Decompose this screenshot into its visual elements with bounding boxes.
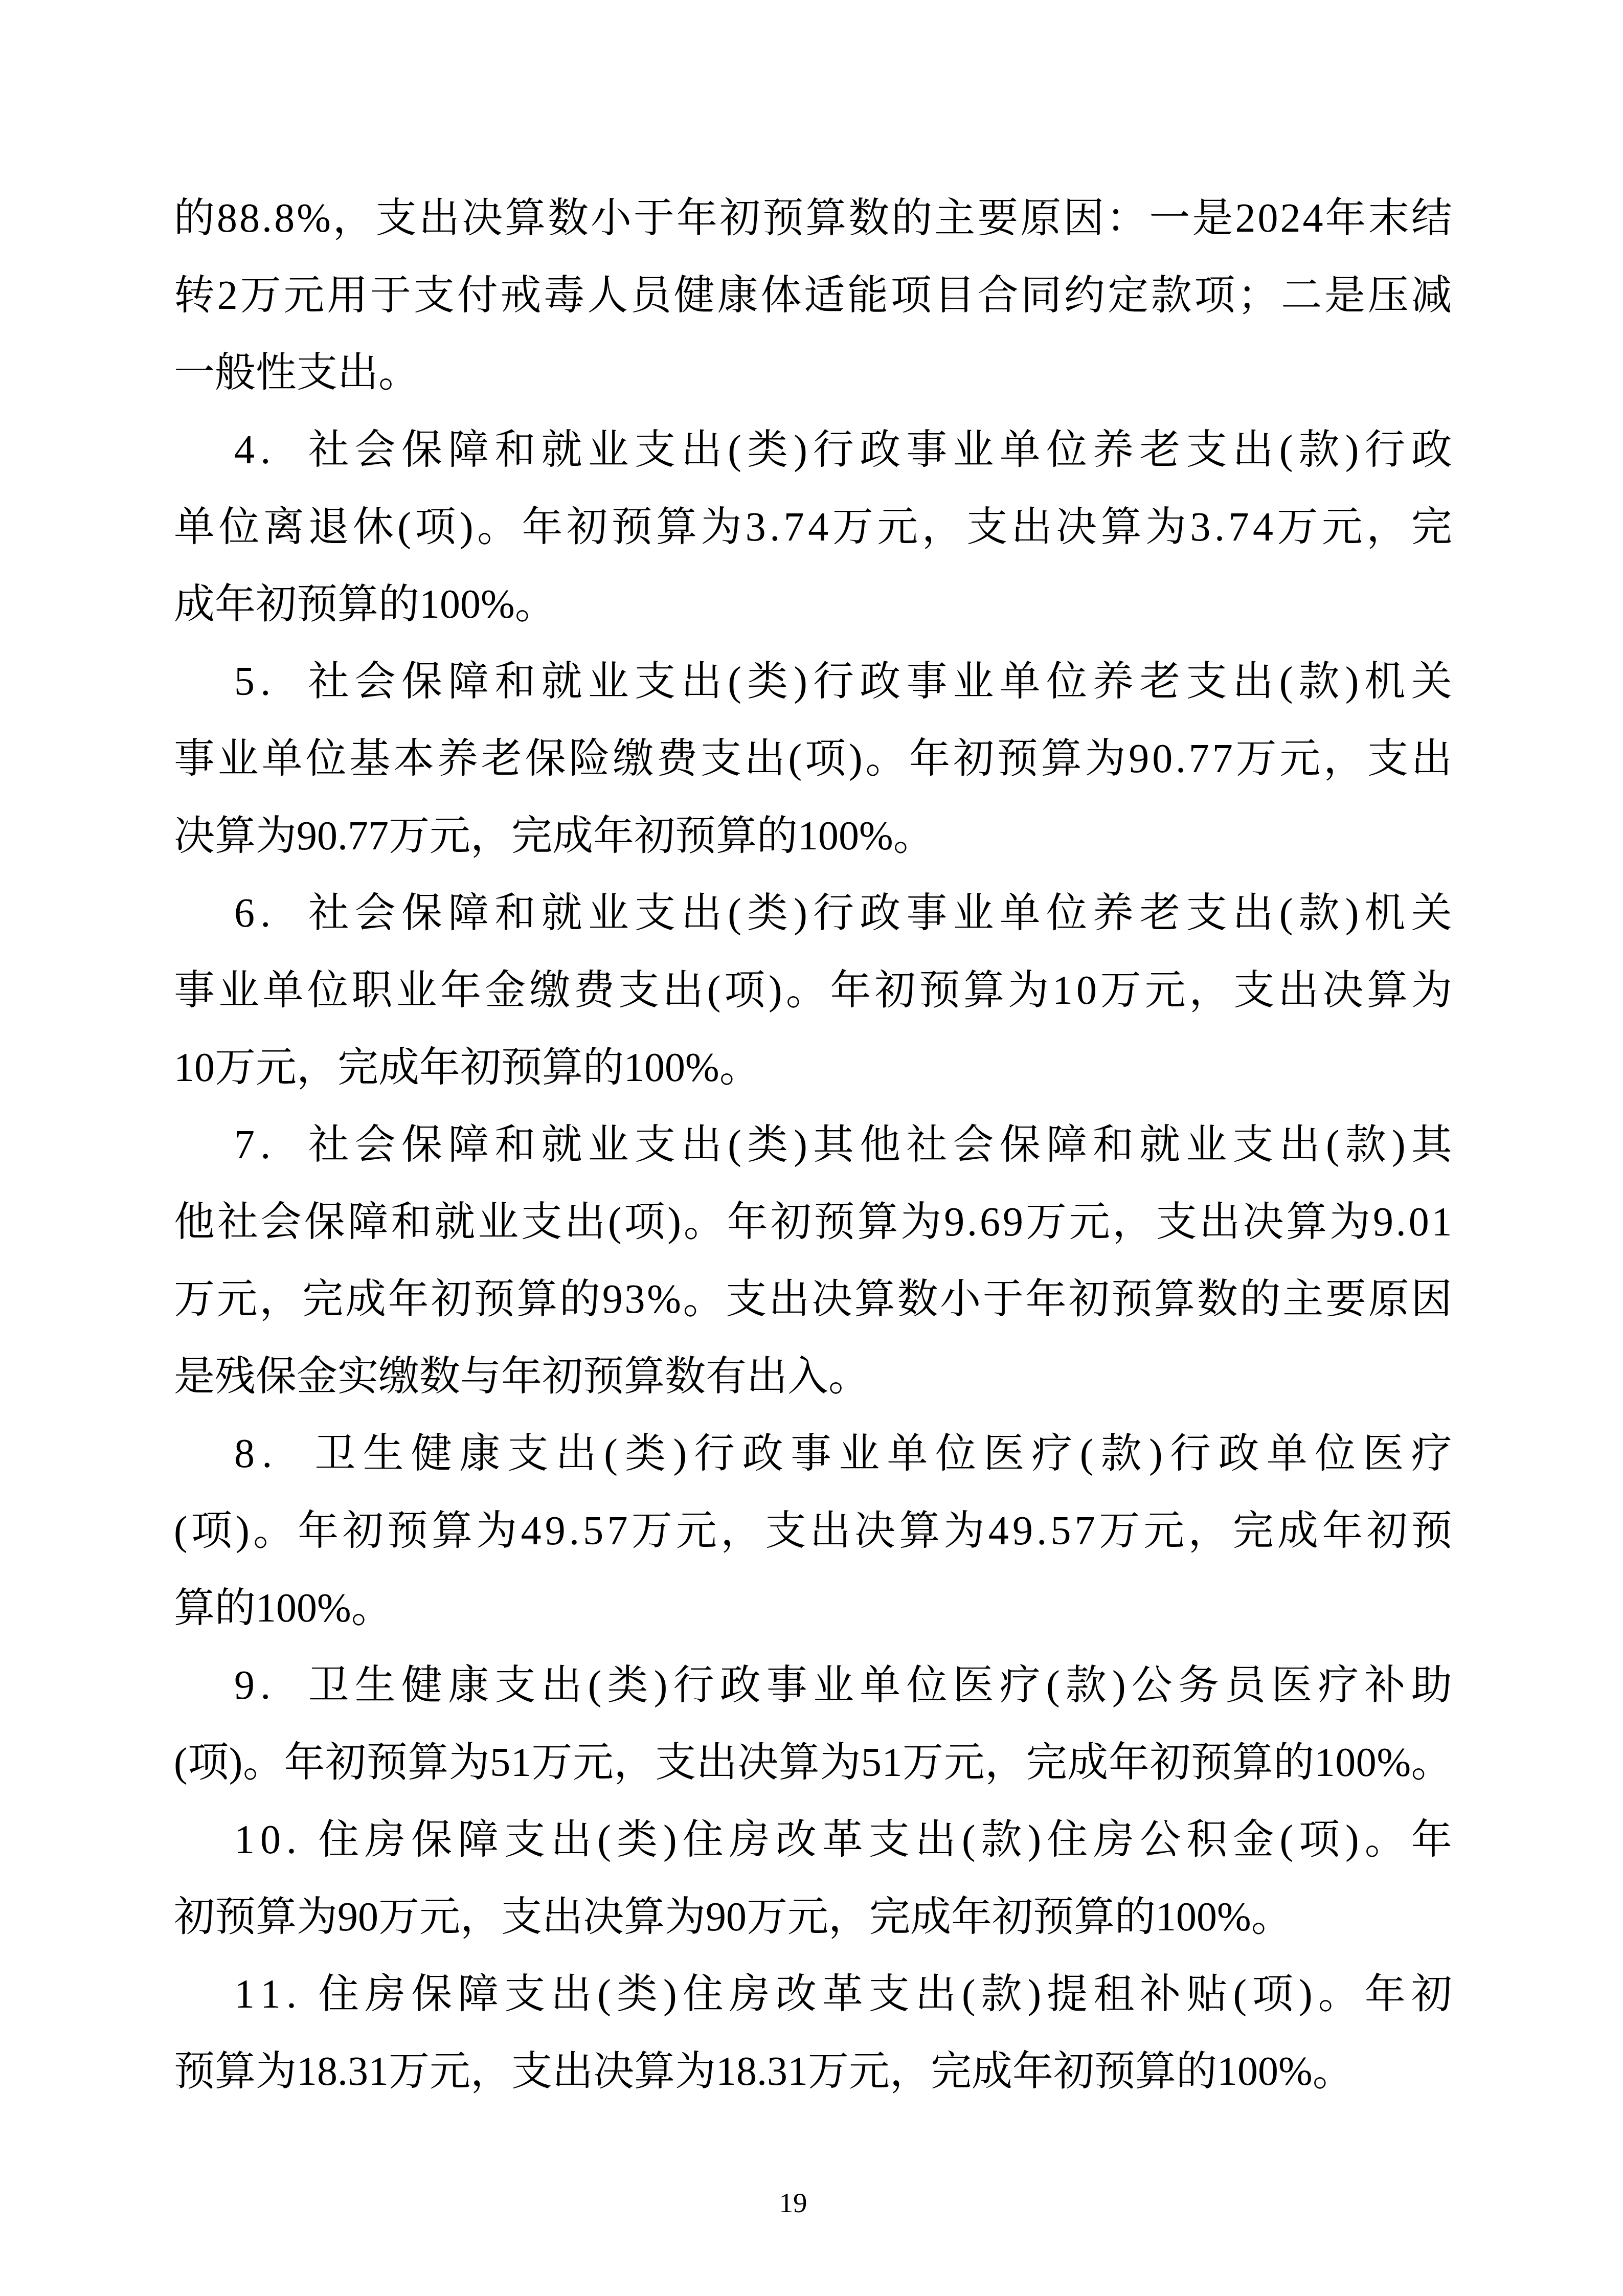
text-line: 一般性支出。	[174, 334, 1452, 412]
text-line: 算的100%。	[174, 1570, 1452, 1647]
text-line: 9. 卫生健康支出(类)行政事业单位医疗(款)公务员医疗补助	[174, 1647, 1452, 1724]
text-line: 5. 社会保障和就业支出(类)行政事业单位养老支出(款)机关	[174, 643, 1452, 721]
text-line: 事业单位职业年金缴费支出(项)。年初预算为10万元，支出决算为	[174, 952, 1452, 1029]
document-page: 的88.8%，支出决算数小于年初预算数的主要原因：一是2024年末结转2万元用于…	[0, 0, 1623, 2296]
text-line: 成年初预算的100%。	[174, 566, 1452, 643]
text-line: 他社会保障和就业支出(项)。年初预算为9.69万元，支出决算为9.01	[174, 1184, 1452, 1261]
text-line: 预算为18.31万元，支出决算为18.31万元，完成年初预算的100%。	[174, 2033, 1452, 2110]
document-body: 的88.8%，支出决算数小于年初预算数的主要原因：一是2024年末结转2万元用于…	[174, 180, 1452, 2110]
text-line: 10万元，完成年初预算的100%。	[174, 1029, 1452, 1107]
text-line: 6. 社会保障和就业支出(类)行政事业单位养老支出(款)机关	[174, 875, 1452, 952]
text-line: (项)。年初预算为49.57万元，支出决算为49.57万元，完成年初预	[174, 1493, 1452, 1570]
text-line: 转2万元用于支付戒毒人员健康体适能项目合同约定款项；二是压减	[174, 257, 1452, 334]
text-line: 决算为90.77万元，完成年初预算的100%。	[174, 798, 1452, 875]
text-line: 万元，完成年初预算的93%。支出决算数小于年初预算数的主要原因	[174, 1261, 1452, 1338]
text-line: 4. 社会保障和就业支出(类)行政事业单位养老支出(款)行政	[174, 412, 1452, 489]
text-line: 是残保金实缴数与年初预算数有出入。	[174, 1338, 1452, 1415]
text-line: 的88.8%，支出决算数小于年初预算数的主要原因：一是2024年末结	[174, 180, 1452, 257]
text-line: 事业单位基本养老保险缴费支出(项)。年初预算为90.77万元，支出	[174, 721, 1452, 798]
text-line: 10. 住房保障支出(类)住房改革支出(款)住房公积金(项)。年	[174, 1802, 1452, 1879]
text-line: 初预算为90万元，支出决算为90万元，完成年初预算的100%。	[174, 1879, 1452, 1956]
text-line: (项)。年初预算为51万元，支出决算为51万元，完成年初预算的100%。	[174, 1724, 1452, 1802]
page-number: 19	[0, 2188, 1586, 2218]
text-line: 8. 卫生健康支出(类)行政事业单位医疗(款)行政单位医疗	[174, 1415, 1452, 1493]
text-line: 单位离退休(项)。年初预算为3.74万元，支出决算为3.74万元，完	[174, 489, 1452, 566]
text-line: 7. 社会保障和就业支出(类)其他社会保障和就业支出(款)其	[174, 1107, 1452, 1184]
text-line: 11. 住房保障支出(类)住房改革支出(款)提租补贴(项)。年初	[174, 1956, 1452, 2033]
